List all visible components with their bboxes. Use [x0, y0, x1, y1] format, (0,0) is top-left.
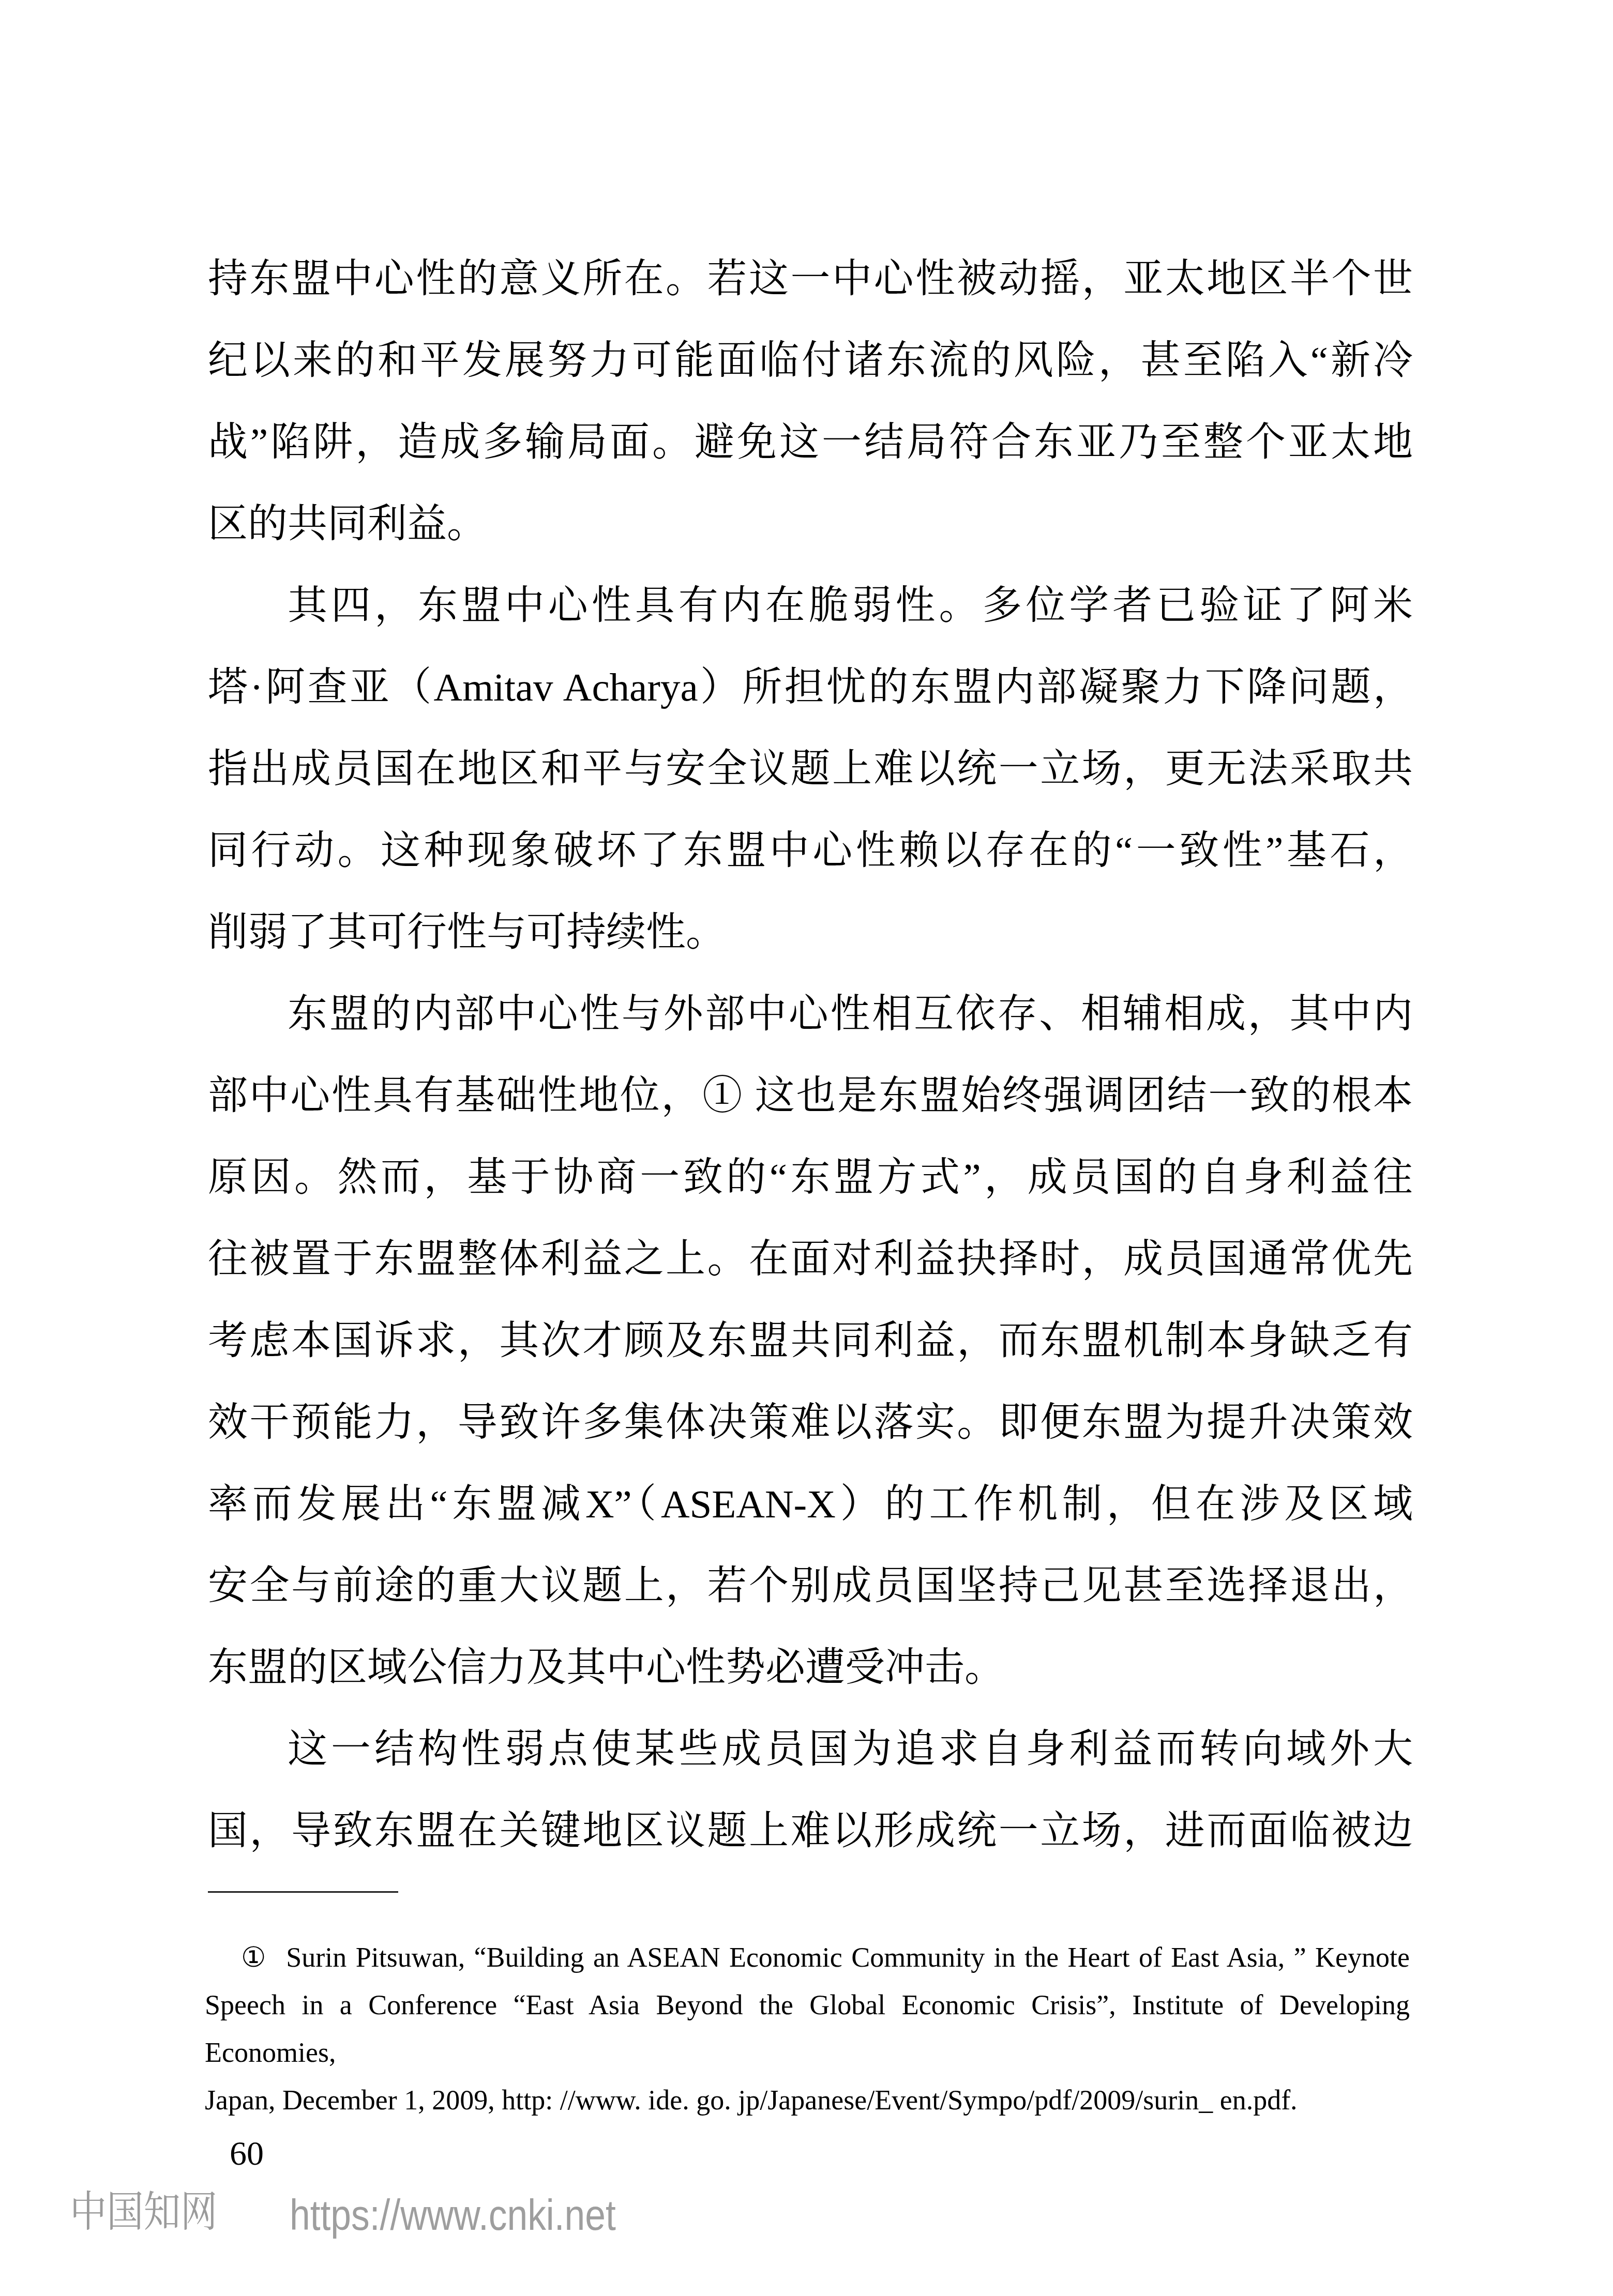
body-text-line: 纪以来的和平发展努力可能面临付诸东流的风险，甚至陷入“新冷	[208, 320, 1413, 401]
body-text-line: 往被置于东盟整体利益之上。在面对利益抉择时，成员国通常优先	[208, 1218, 1413, 1300]
body-text-line: 安全与前途的重大议题上，若个别成员国坚持己见甚至选择退出，	[208, 1545, 1413, 1626]
body-text-line: 率而发展出“东盟减X”（ASEAN-X）的工作机制，但在涉及区域	[208, 1463, 1413, 1545]
body-text-line: 同行动。这种现象破坏了东盟中心性赖以存在的“一致性”基石，	[208, 810, 1413, 891]
body-text-line: 这一结构性弱点使某些成员国为追求自身利益而转向域外大	[208, 1708, 1413, 1790]
body-text-line: 部中心性具有基础性地位，① 这也是东盟始终强调团结一致的根本	[208, 1055, 1413, 1136]
body-text-line: 东盟的区域公信力及其中心性势必遭受冲击。	[208, 1626, 1413, 1708]
body-text-line: 东盟的内部中心性与外部中心性相互依存、相辅相成，其中内	[208, 973, 1413, 1055]
body-text-line: 持东盟中心性的意义所在。若这一中心性被动摇，亚太地区半个世	[208, 238, 1413, 320]
cnki-watermark-url: https://www.cnki.net	[290, 2194, 616, 2237]
body-text: 持东盟中心性的意义所在。若这一中心性被动摇，亚太地区半个世 纪以来的和平发展努力…	[208, 238, 1413, 1872]
footnote-line: ① Surin Pitsuwan, “Building an ASEAN Eco…	[205, 1934, 1410, 1981]
body-text-line: 战”陷阱，造成多输局面。避免这一结局符合东亚乃至整个亚太地	[208, 401, 1413, 483]
page-number: 60	[230, 2137, 264, 2171]
footnote-section: ① Surin Pitsuwan, “Building an ASEAN Eco…	[205, 1934, 1410, 2124]
body-text-line: 塔·阿查亚（Amitav Acharya）所担忧的东盟内部凝聚力下降问题，	[208, 646, 1413, 728]
footnote-line: Speech in a Conference “East Asia Beyond…	[205, 1981, 1410, 2076]
body-text-line: 原因。然而，基于协商一致的“东盟方式”，成员国的自身利益往	[208, 1136, 1413, 1218]
document-page: 持东盟中心性的意义所在。若这一中心性被动摇，亚太地区半个世 纪以来的和平发展努力…	[0, 0, 1613, 2296]
cnki-watermark-logo-text: 中国知网	[70, 2191, 217, 2234]
footnote-separator	[208, 1891, 398, 1893]
body-text-line: 国，导致东盟在关键地区议题上难以形成统一立场，进而面临被边	[208, 1790, 1413, 1872]
footnote-line: Japan, December 1, 2009, http: //www. id…	[205, 2076, 1410, 2124]
body-text-line: 考虑本国诉求，其次才顾及东盟共同利益，而东盟机制本身缺乏有	[208, 1300, 1413, 1381]
body-text-line: 其四，东盟中心性具有内在脆弱性。多位学者已验证了阿米	[208, 565, 1413, 646]
body-text-line: 效干预能力，导致许多集体决策难以落实。即便东盟为提升决策效	[208, 1381, 1413, 1463]
body-text-line: 削弱了其可行性与可持续性。	[208, 891, 1413, 973]
body-text-line: 区的共同利益。	[208, 483, 1413, 565]
body-text-line: 指出成员国在地区和平与安全议题上难以统一立场，更无法采取共	[208, 728, 1413, 810]
